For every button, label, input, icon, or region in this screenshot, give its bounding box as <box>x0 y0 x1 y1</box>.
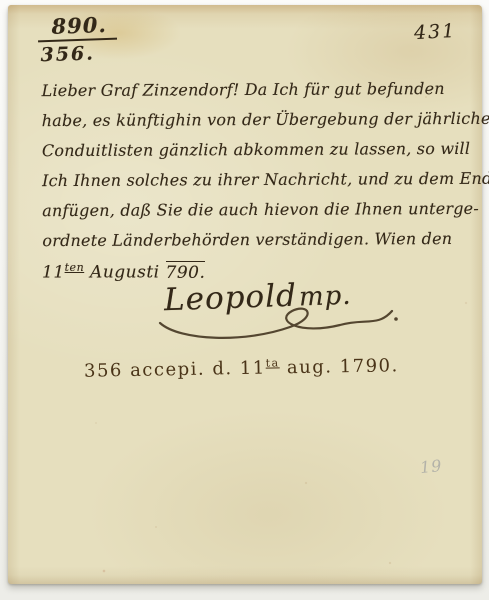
photograph-background: 890. 356. 431 Lieber Graf Zinzendorf! Da… <box>0 0 489 600</box>
signature-name: Leopold <box>163 278 297 319</box>
letter-body: Lieber Graf Zinzendorf! Da Ich für gut b… <box>42 74 469 256</box>
signature-paraph: mp. <box>298 281 352 313</box>
letter-line: habe, es künftighin von der Übergebung d… <box>42 104 468 136</box>
letter-paper: 890. 356. 431 Lieber Graf Zinzendorf! Da… <box>8 5 482 584</box>
letter-line: Lieber Graf Zinzendorf! Da Ich für gut b… <box>42 74 468 106</box>
folio-number: 431 <box>413 20 456 44</box>
archive-number: 890. 356. <box>37 12 118 67</box>
pencil-number: 19 <box>419 456 443 477</box>
signature-text: Leopoldmp. <box>163 276 352 319</box>
letter-line: ordnete Länderbehörden verständigen. Wie… <box>42 224 468 256</box>
dateline-day: 11 <box>42 263 65 283</box>
letter-line: anfügen, daß Sie die auch hievon die Ihn… <box>42 194 468 226</box>
docket-text-start: 356 accepi. d. 11 <box>84 358 266 382</box>
letter-line: Conduitlisten gänzlich abkommen zu lasse… <box>42 134 468 166</box>
archive-number-top: 890. <box>37 12 117 43</box>
docket-annotation: 356 accepi. d. 11ta aug. 1790. <box>84 354 399 381</box>
docket-superscript: ta <box>266 356 280 369</box>
signature-block: Leopoldmp. <box>150 273 400 341</box>
dateline-day-suffix: ten <box>65 261 85 274</box>
letter-line: Ich Ihnen solches zu ihrer Nachricht, un… <box>42 164 468 196</box>
docket-text-end: aug. 1790. <box>280 355 399 378</box>
archive-number-bottom: 356. <box>38 40 101 66</box>
